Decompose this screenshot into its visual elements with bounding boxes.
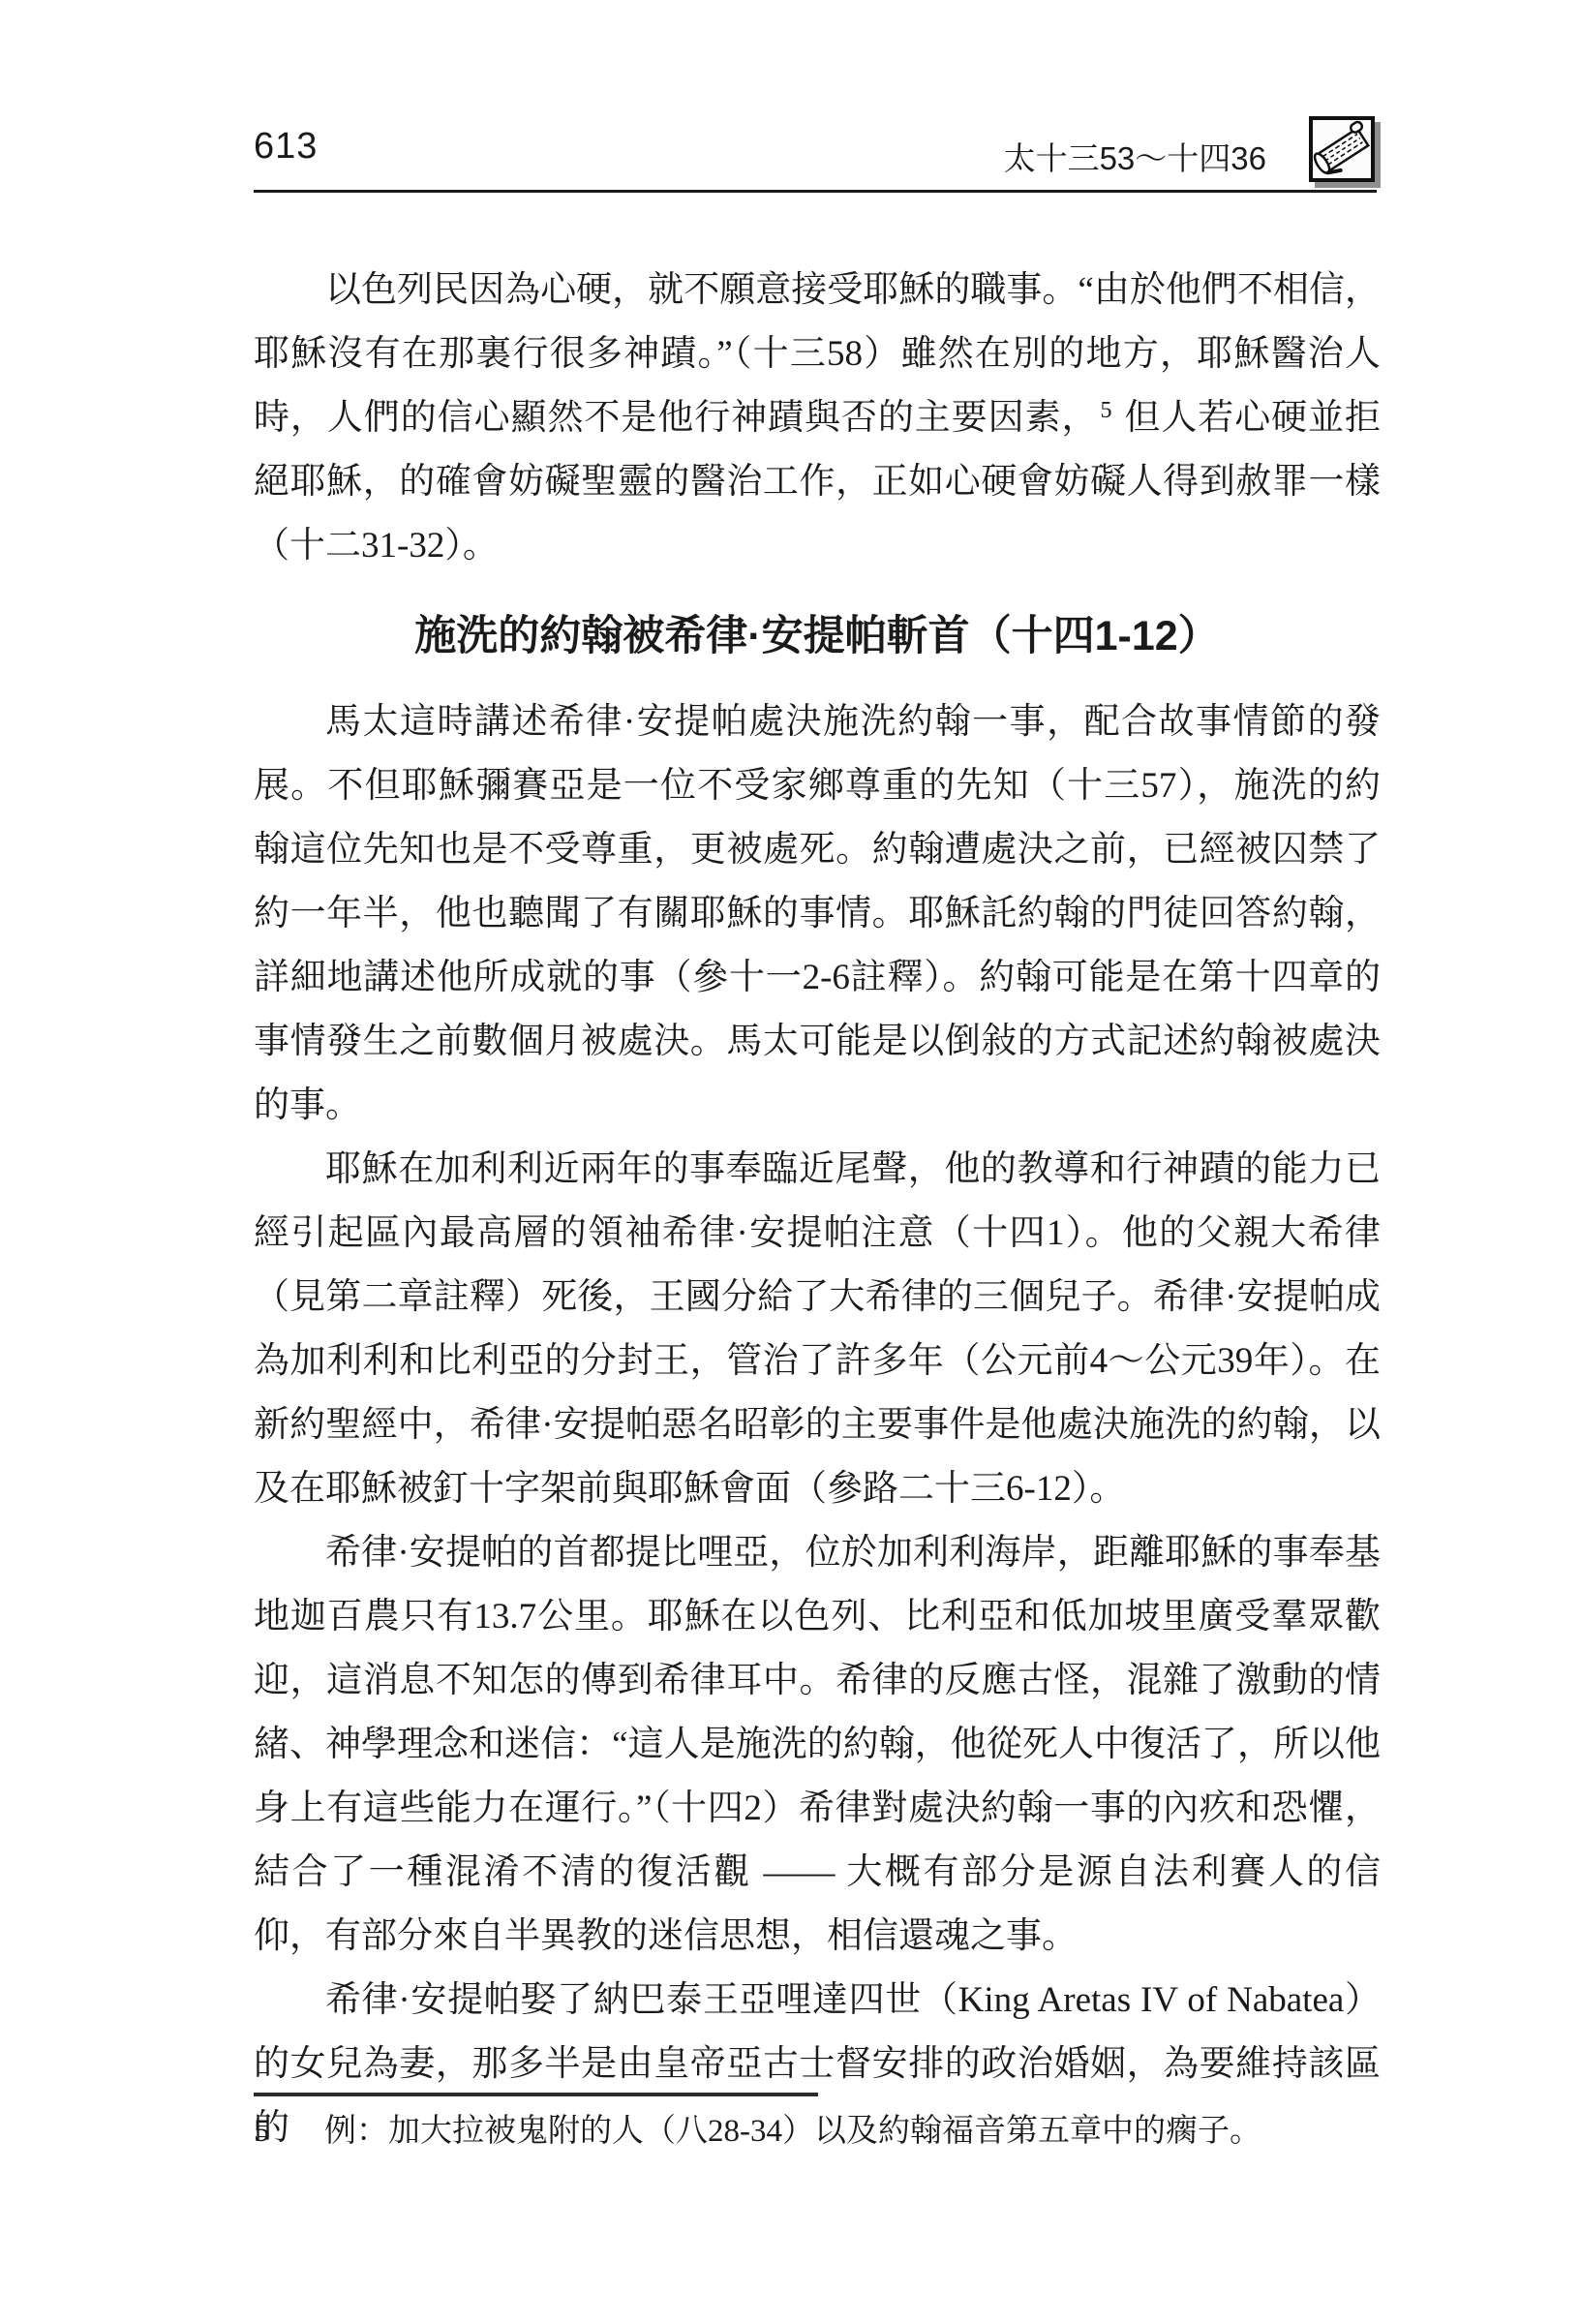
paragraph-2: 馬太這時講述希律·安提帕處決施洗約翰一事，配合故事情節的發展。不但耶穌彌賽亞是一… [254,690,1381,1138]
footnote-number: 5 [254,2109,324,2154]
body-text: 以色列民因為心硬，就不願意接受耶穌的職事。“由於他們不相信，耶穌沒有在那裏行很多… [254,259,1381,2160]
footnote-text: 例：加大拉被鬼附的人（八28-34）以及約翰福音第五章中的瘸子。 [324,2114,1261,2149]
section-heading: 施洗的約翰被希律·安提帕斬首（十四1-12） [254,609,1381,663]
footnote-rule [254,2093,818,2096]
footnote-ref-5: 5 [1100,398,1111,423]
paragraph-4: 希律·安提帕的首都提比哩亞，位於加利利海岸，距離耶穌的事奉基地迦百農只有13.7… [254,1521,1381,1969]
page-number: 613 [254,126,318,168]
paragraph-3: 耶穌在加利利近兩年的事奉臨近尾聲，他的教導和行神蹟的能力已經引起區內最高層的領袖… [254,1138,1381,1521]
footnote: 5例：加大拉被鬼附的人（八28-34）以及約翰福音第五章中的瘸子。 [254,2109,1381,2154]
header-rule [254,190,1377,193]
paragraph-1: 以色列民因為心硬，就不願意接受耶穌的職事。“由於他們不相信，耶穌沒有在那裏行很多… [254,259,1381,578]
scroll-icon [1309,116,1375,182]
book-page: 613 太十三53～十四36 以色列民因為心硬，就不願意接受耶穌的職事。“由於他… [0,0,1580,2324]
running-head: 太十三53～十四36 [1004,134,1266,179]
